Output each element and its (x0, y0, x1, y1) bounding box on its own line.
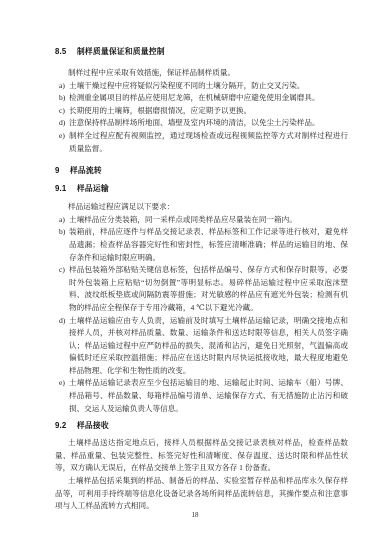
list-item-marker: a) (59, 214, 65, 227)
document-page: 8.5 制样质量保证和质量控制 制样过程中应采取有效措施，保证样品制样质量。 a… (0, 0, 390, 551)
list-item: e) 土壤样品运输记录表应至少包括运输目的地、运输起止时间、运输车（船）号牌、样… (55, 377, 348, 415)
list-item-marker: c) (59, 264, 65, 277)
section-heading-9-1: 9.1 样品运输 (55, 183, 348, 195)
list-item: d) 土壤样品运输应由专人负责，运输前及时填写土壤样品运输记录，明确交接地点和接… (55, 315, 348, 378)
section-title: 样品接收 (77, 421, 109, 430)
section-title: 制样质量保证和质量控制 (77, 47, 165, 56)
list-item-text: 检测重金属项目的样品应使用尼龙筛，在机械研磨中应避免使用金属磨具。 (69, 93, 320, 102)
list-item-marker: e) (59, 377, 65, 390)
list-item-text: 装箱前，样品应逐件与样品交接记录表、样品标签和工作记录等进行核对，避免样品遗漏；… (69, 227, 348, 261)
list-item-marker: b) (59, 92, 65, 105)
list-item-text: 土壤干燥过程中应将疑似污染程度不同的土壤分隔开，防止交叉污染。 (69, 81, 304, 90)
list-item-marker: e) (59, 130, 65, 143)
list-item: a) 土壤样品应分类装箱，同一采样点或同类样品应尽量装在同一箱内。 (55, 214, 348, 227)
section-title: 样品运输 (77, 184, 109, 193)
list-item: b) 装箱前，样品应逐件与样品交接记录表、样品标签和工作记录等进行核对，避免样品… (55, 226, 348, 264)
list-item-text: 样品包装箱外部粘贴关键信息标签，包括样品编号、保存方式和保存时限等，必要时外包装… (69, 265, 348, 312)
list-item-marker: c) (59, 105, 65, 118)
list-item-marker: d) (59, 117, 65, 130)
list-item: e) 制样全过程应配有视频监控，通过现场检查或远程视频监控等方式对制样过程进行质… (55, 130, 348, 155)
list-item-marker: d) (59, 315, 65, 328)
list-9-1: a) 土壤样品应分类装箱，同一采样点或同类样品应尽量装在同一箱内。 b) 装箱前… (55, 214, 348, 416)
body-paragraph: 制样过程中应采取有效措施，保证样品制样质量。 (55, 67, 348, 80)
list-8-5: a) 土壤干燥过程中应将疑似污染程度不同的土壤分隔开，防止交叉污染。 b) 检测… (55, 80, 348, 156)
section-heading-9-2: 9.2 样品接收 (55, 420, 348, 432)
list-item: c) 长期使用的土壤筛，根据磨损情况，应定期予以更换。 (55, 105, 348, 118)
section-number: 9.1 (55, 184, 66, 193)
body-paragraph: 土壤样品送达指定地点后，接样人员根据样品交接记录表核对样品，检查样品数量、样品重… (55, 437, 348, 475)
section-title: 样品流转 (70, 166, 102, 175)
section-number: 9.2 (55, 421, 66, 430)
section-number: 9 (55, 166, 60, 175)
list-item-marker: a) (59, 80, 65, 93)
list-item-text: 土壤样品运输记录表应至少包括运输目的地、运输起止时间、运输车（船）号牌、样品箱号… (69, 378, 348, 412)
list-item-text: 土壤样品应分类装箱，同一采样点或同类样品应尽量装在同一箱内。 (69, 215, 297, 224)
body-paragraph: 样品运输过程应满足以下要求： (55, 201, 348, 214)
list-item: c) 样品包装箱外部粘贴关键信息标签，包括样品编号、保存方式和保存时限等，必要时… (55, 264, 348, 314)
list-item: a) 土壤干燥过程中应将疑似污染程度不同的土壤分隔开，防止交叉污染。 (55, 80, 348, 93)
list-item-text: 制样全过程应配有视频监控，通过现场检查或远程视频监控等方式对制样过程进行质量监督… (69, 131, 348, 153)
list-item-text: 长期使用的土壤筛，根据磨损情况，应定期予以更换。 (69, 106, 251, 115)
page-number: 18 (0, 511, 390, 519)
body-paragraph: 土壤样品包括采集到的样品、制备后的样品、实验室暂存样品和样品库永久保存样品等，可… (55, 475, 348, 513)
section-number: 8.5 (55, 47, 66, 56)
list-item: b) 检测重金属项目的样品应使用尼龙筛，在机械研磨中应避免使用金属磨具。 (55, 92, 348, 105)
list-item-text: 土壤样品运输应由专人负责，运输前及时填写土壤样品运输记录，明确交接地点和接样人员… (69, 316, 348, 375)
section-heading-9: 9 样品流转 (55, 165, 348, 177)
list-item-text: 注意保持样品制样场所地面、墙壁及室内环境的清洁，以免尘土污染样品。 (69, 118, 320, 127)
list-item: d) 注意保持样品制样场所地面、墙壁及室内环境的清洁，以免尘土污染样品。 (55, 117, 348, 130)
list-item-marker: b) (59, 226, 65, 239)
section-heading-8-5: 8.5 制样质量保证和质量控制 (55, 46, 348, 58)
